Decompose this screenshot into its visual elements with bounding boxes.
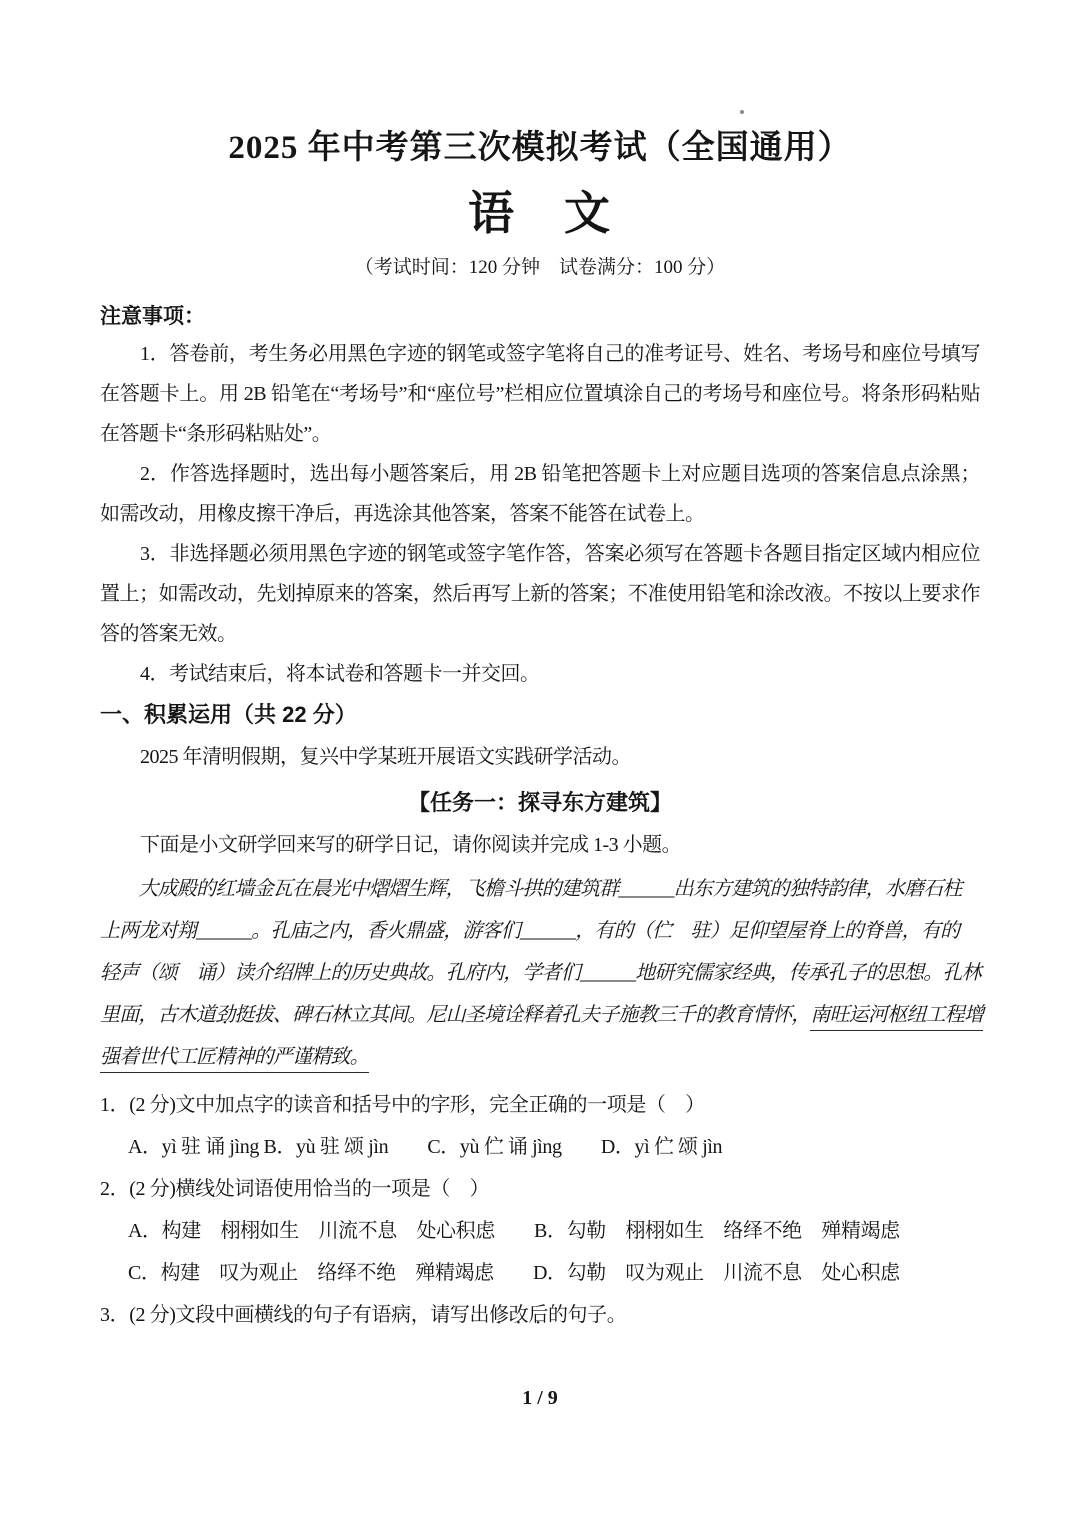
text-segment: 里面，古木道 <box>100 1004 215 1026</box>
text-segment: 上两龙对翔 <box>100 920 196 942</box>
underlined-text: 强着世代工匠精神的严谨精致。 <box>100 1046 369 1073</box>
diary-line-2: 上两龙对翔______。孔庙之内，香火鼎盛，游客们______，有的（伫 驻）足… <box>100 910 980 952</box>
text-segment: 3．(2 分)文段中画横线的句子有语病，请写出 <box>100 1304 489 1326</box>
notice-item-3: 3．非选择题必须用黑色字迹的钢笔或签字笔作答，答案必须写在答题卡各题目指定区域内… <box>100 534 980 654</box>
emphasis-dotted-char: 后 <box>528 1294 548 1336</box>
question-2-stem: 2．(2 分)横线处词语使用恰当的一项是（ ） <box>100 1168 980 1210</box>
text-segment: 。孔庙之内，香火鼎盛，游客们 <box>251 920 520 942</box>
diary-line-4: 里面，古木道劲挺拔、碑石林立其间。尼山圣境诠释着孔夫子施教三千的教育情怀，南旺运… <box>100 994 980 1036</box>
section-one-heading: 一、积累运用（共 22 分） <box>100 694 980 736</box>
task-one-intro: 下面是小文研学回来写的研学日记，请你阅读并完成 1-3 小题。 <box>100 824 980 866</box>
diary-paragraph: 大成殿的红墙金瓦在晨光中熠熠生辉，飞檐斗拱的建筑群______出东方建筑的独特韵… <box>100 868 980 1078</box>
emphasis-dotted-char: 熠 <box>369 868 388 910</box>
notice-item-1: 1．答卷前，考生务必用黑色字迹的钢笔或签字笔将自己的准考证号、姓名、考场号和座位… <box>100 334 980 454</box>
text-segment: 熠生辉，飞檐斗拱的建筑群 <box>388 878 618 900</box>
emphasis-dotted-char: 劲 <box>215 994 234 1036</box>
exam-title: 2025 年中考第三次模拟考试（全国通用） <box>100 128 980 168</box>
text-segment: ______ <box>580 962 635 984</box>
question-3-stem: 3．(2 分)文段中画横线的句子有语病，请写出修改后的句子。 <box>100 1294 980 1336</box>
text-segment: 大成殿的红墙金瓦在晨光中 <box>100 878 369 900</box>
question-2-options-cd: C．构建 叹为观止 络绎不绝 殚精竭虑 D．勾勒 叹为观止 川流不息 处心积虑 <box>100 1252 980 1294</box>
exam-paper-page: 2025 年中考第三次模拟考试（全国通用） 语 文 （考试时间：120 分钟 试… <box>0 0 1080 1527</box>
question-1-options: A．yì 驻 诵 jìng B．yù 驻 颂 jìn C．yù 伫 诵 jìng… <box>100 1126 980 1168</box>
notice-item-2: 2．作答选择题时，选出每小题答案后，用 2B 铅笔把答题卡上对应题目选项的答案信… <box>100 454 980 534</box>
text-segment: 地研究儒家经典，传承孔子的思想。孔林 <box>635 962 981 984</box>
exam-info-line: （考试时间：120 分钟 试卷满分：100 分） <box>100 254 980 282</box>
diary-line-1: 大成殿的红墙金瓦在晨光中熠熠生辉，飞檐斗拱的建筑群______出东方建筑的独特韵… <box>100 868 980 910</box>
notice-item-4: 4．考试结束后，将本试卷和答题卡一并交回。 <box>100 654 980 694</box>
emphasis-dotted-char: 改 <box>509 1294 529 1336</box>
question-1-stem: 1．(2 分)文中加点字的读音和括号中的字形，完全正确的一项是（ ） <box>100 1084 980 1126</box>
text-segment: 的句子。 <box>548 1304 626 1326</box>
task-one-heading: 【任务一：探寻东方建筑】 <box>100 782 980 824</box>
subject-title: 语 文 <box>100 186 980 242</box>
text-segment: ______ <box>520 920 575 942</box>
question-2-options-ab: A．构建 栩栩如生 川流不息 处心积虑 B．勾勒 栩栩如生 络绎不绝 殚精竭虑 <box>100 1210 980 1252</box>
page-content: 2025 年中考第三次模拟考试（全国通用） 语 文 （考试时间：120 分钟 试… <box>0 0 1080 1336</box>
notices-heading: 注意事项： <box>100 300 980 334</box>
text-segment: ，有的（伫 驻）足仰望屋脊上的脊兽，有的 <box>575 920 959 942</box>
section-one-intro: 2025 年清明假期，复兴中学某班开展语文实践研学活动。 <box>100 736 980 778</box>
page-number: 1 / 9 <box>0 1384 1080 1412</box>
text-segment: ______ <box>618 878 673 900</box>
diary-line-5: 强着世代工匠精神的严谨精致。 <box>100 1036 980 1078</box>
scan-speck <box>740 110 744 114</box>
emphasis-dotted-char: 修 <box>489 1294 509 1336</box>
text-segment: 出东方建筑的独特韵律，水磨石柱 <box>674 878 962 900</box>
diary-line-3: 轻声（颂 诵）读介绍牌上的历史典故。孔府内，学者们______地研究儒家经典，传… <box>100 952 980 994</box>
text-segment: ______ <box>196 920 251 942</box>
text-segment: 轻声（颂 诵）读介绍牌上的历史典故。孔府内，学者们 <box>100 962 580 984</box>
text-segment: 挺拔、碑石林立其间。尼山圣境诠释着孔夫子施教三千的教育情怀， <box>234 1004 810 1026</box>
underlined-text: 南旺运河枢纽工程增 <box>810 1004 983 1031</box>
